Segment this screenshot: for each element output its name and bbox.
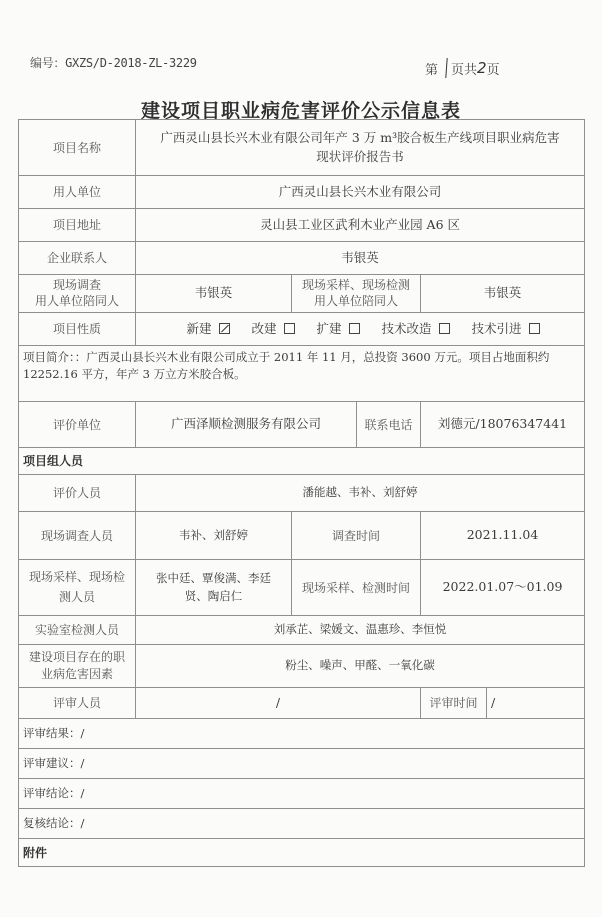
- survey-staff-label: 现场调查人员: [19, 512, 136, 560]
- sampling-escort-value: 韦银英: [421, 275, 585, 313]
- sampling-staff-label-line2: 测人员: [23, 588, 131, 607]
- survey-escort-label: 现场调查 用人单位陪同人: [19, 275, 136, 313]
- nature-option-new-label: 新建: [187, 321, 212, 336]
- contact-value: 韦银英: [136, 242, 585, 275]
- evaluator-unit-value: 广西泽顺检测服务有限公司: [136, 402, 357, 448]
- review-time-value: /: [487, 688, 585, 719]
- survey-escort-value: 韦银英: [136, 275, 292, 313]
- review-time-label: 评审时间: [421, 688, 487, 719]
- review-conclusion: 评审结论：/: [19, 779, 585, 809]
- nature-option-tech-upgrade[interactable]: 技术改造: [376, 321, 450, 336]
- nature-option-tech-upgrade-label: 技术改造: [382, 321, 432, 336]
- page-prefix: 第: [425, 59, 438, 78]
- project-name-label: 项目名称: [19, 120, 136, 176]
- sampling-time-label: 现场采样、检测时间: [292, 560, 421, 616]
- nature-option-expand-label: 扩建: [317, 321, 342, 336]
- sampling-staff-value-line1: 张中廷、覃俊满、李廷: [140, 570, 287, 587]
- nature-option-rebuild-label: 改建: [252, 321, 277, 336]
- survey-escort-label-line1: 现场调查: [23, 278, 131, 294]
- evaluator-phone-value: 刘德元/18076347441: [421, 402, 585, 448]
- row-review-suggestion: 评审建议：/: [19, 749, 585, 779]
- checkbox-checked-icon[interactable]: [219, 323, 230, 334]
- sampling-time-value: 2022.01.07～01.09: [421, 560, 585, 616]
- team-section-title: 项目组人员: [19, 448, 585, 475]
- row-sampling: 现场采样、现场检 测人员 张中廷、覃俊满、李廷 贤、陶启仁 现场采样、检测时间 …: [19, 560, 585, 616]
- sampling-staff-label-line1: 现场采样、现场检: [23, 568, 131, 587]
- row-intro: 项目简介：：广西灵山县长兴木业有限公司成立于 2011 年 11 月，总投资 3…: [19, 346, 585, 402]
- project-name-line2: 现状评价报告书: [140, 148, 580, 167]
- project-name-line1: 广西灵山县长兴木业有限公司年产 3 万 m³胶合板生产线项目职业病危害: [140, 129, 580, 148]
- hazards-label-line1: 建设项目存在的职: [23, 649, 131, 666]
- lab-staff-label: 实验室检测人员: [19, 616, 136, 645]
- row-hazards: 建设项目存在的职 业病危害因素 粉尘、噪声、甲醛、一氧化碳: [19, 645, 585, 688]
- row-employer: 用人单位 广西灵山县长兴木业有限公司: [19, 176, 585, 209]
- nature-option-tech-import-label: 技术引进: [472, 321, 522, 336]
- sampling-escort-label-line2: 用人单位陪同人: [296, 294, 416, 310]
- document-code-value: GXZS/D-2018-ZL-3229: [65, 56, 197, 70]
- document-code: 编号：GXZS/D-2018-ZL-3229: [30, 54, 197, 71]
- row-recheck-conclusion: 复核结论：/: [19, 809, 585, 839]
- address-value: 灵山县工业区武利木业产业园 A6 区: [136, 209, 585, 242]
- checkbox-empty-icon[interactable]: [529, 323, 540, 334]
- lab-staff-value: 刘承芷、梁媛文、温惠珍、李恒悦: [136, 616, 585, 645]
- nature-option-new[interactable]: 新建: [181, 321, 230, 336]
- evaluator-unit-label: 评价单位: [19, 402, 136, 448]
- checkbox-empty-icon[interactable]: [284, 323, 295, 334]
- row-escorts: 现场调查 用人单位陪同人 韦银英 现场采样、现场检测 用人单位陪同人 韦银英: [19, 275, 585, 313]
- row-address: 项目地址 灵山县工业区武利木业产业园 A6 区: [19, 209, 585, 242]
- nature-option-expand[interactable]: 扩建: [311, 321, 360, 336]
- address-label: 项目地址: [19, 209, 136, 242]
- row-evaluators: 评价人员 潘能越、韦补、刘舒婷: [19, 475, 585, 512]
- attachment-label: 附件: [19, 839, 585, 867]
- page-current-handwritten: [445, 58, 447, 78]
- survey-time-value: 2021.11.04: [421, 512, 585, 560]
- sampling-staff-value-line2: 贤、陶启仁: [140, 588, 287, 605]
- survey-escort-label-line2: 用人单位陪同人: [23, 294, 131, 310]
- hazards-value: 粉尘、噪声、甲醛、一氧化碳: [136, 645, 585, 688]
- project-name-value: 广西灵山县长兴木业有限公司年产 3 万 m³胶合板生产线项目职业病危害 现状评价…: [136, 120, 585, 176]
- row-survey: 现场调查人员 韦补、刘舒婷 调查时间 2021.11.04: [19, 512, 585, 560]
- survey-staff-value: 韦补、刘舒婷: [136, 512, 292, 560]
- recheck-conclusion: 复核结论：/: [19, 809, 585, 839]
- nature-options: 新建 改建 扩建 技术改造 技术引进: [136, 313, 585, 346]
- hazards-label-line2: 业病危害因素: [23, 666, 131, 683]
- reviewers-value: /: [136, 688, 421, 719]
- page-total-handwritten: 2: [477, 59, 487, 77]
- row-lab: 实验室检测人员 刘承芷、梁媛文、温惠珍、李恒悦: [19, 616, 585, 645]
- row-team-title: 项目组人员: [19, 448, 585, 475]
- sampling-escort-label: 现场采样、现场检测 用人单位陪同人: [292, 275, 421, 313]
- row-contact: 企业联系人 韦银英: [19, 242, 585, 275]
- page-indicator: 第 页共 2 页: [425, 58, 500, 78]
- row-evaluator: 评价单位 广西泽顺检测服务有限公司 联系电话 刘德元/18076347441: [19, 402, 585, 448]
- page-suffix: 页: [487, 59, 500, 78]
- row-reviewers: 评审人员 / 评审时间 /: [19, 688, 585, 719]
- checkbox-empty-icon[interactable]: [439, 323, 450, 334]
- row-review-result: 评审结果：/: [19, 719, 585, 749]
- sampling-staff-label: 现场采样、现场检 测人员: [19, 560, 136, 616]
- page-mid: 页共: [451, 59, 477, 78]
- evaluator-phone-label: 联系电话: [357, 402, 421, 448]
- reviewers-label: 评审人员: [19, 688, 136, 719]
- checkbox-empty-icon[interactable]: [349, 323, 360, 334]
- evaluators-value: 潘能越、韦补、刘舒婷: [136, 475, 585, 512]
- review-result: 评审结果：/: [19, 719, 585, 749]
- sampling-staff-value: 张中廷、覃俊满、李廷 贤、陶启仁: [136, 560, 292, 616]
- evaluators-label: 评价人员: [19, 475, 136, 512]
- contact-label: 企业联系人: [19, 242, 136, 275]
- document-code-label: 编号：: [30, 56, 65, 70]
- review-suggestion: 评审建议：/: [19, 749, 585, 779]
- nature-label: 项目性质: [19, 313, 136, 346]
- employer-value: 广西灵山县长兴木业有限公司: [136, 176, 585, 209]
- sampling-escort-label-line1: 现场采样、现场检测: [296, 278, 416, 294]
- hazards-label: 建设项目存在的职 业病危害因素: [19, 645, 136, 688]
- employer-label: 用人单位: [19, 176, 136, 209]
- nature-option-tech-import[interactable]: 技术引进: [466, 321, 540, 336]
- survey-time-label: 调查时间: [292, 512, 421, 560]
- nature-option-rebuild[interactable]: 改建: [246, 321, 295, 336]
- row-review-conclusion: 评审结论：/: [19, 779, 585, 809]
- project-intro: 项目简介：：广西灵山县长兴木业有限公司成立于 2011 年 11 月，总投资 3…: [19, 346, 585, 402]
- row-nature: 项目性质 新建 改建 扩建 技术改造 技术引进: [19, 313, 585, 346]
- row-attachment: 附件: [19, 839, 585, 867]
- row-project-name: 项目名称 广西灵山县长兴木业有限公司年产 3 万 m³胶合板生产线项目职业病危害…: [19, 120, 585, 176]
- info-table: 项目名称 广西灵山县长兴木业有限公司年产 3 万 m³胶合板生产线项目职业病危害…: [18, 119, 585, 867]
